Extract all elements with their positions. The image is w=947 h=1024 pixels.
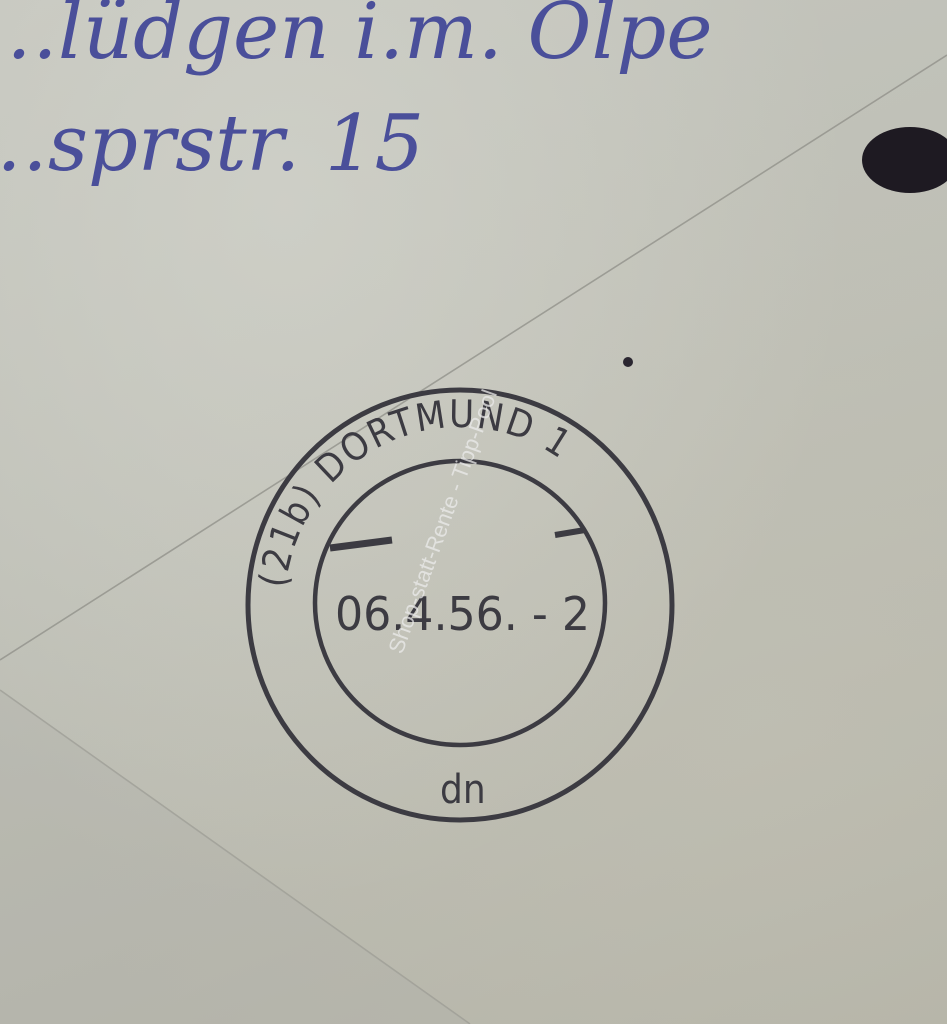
envelope-back: …lüdgen i.m. Olpe …sprstr. 15 (21b) DORT…: [0, 0, 947, 1024]
postmark-date: 06.4.56. - 2: [335, 587, 590, 641]
postmark-bottom-code: dn: [440, 767, 486, 813]
sender-address-handwriting: …lüdgen i.m. Olpe …sprstr. 15: [0, 0, 713, 189]
handwriting-line-2: …sprstr. 15: [0, 99, 424, 189]
handwriting-line-1: …lüdgen i.m. Olpe: [0, 0, 713, 77]
ink-blot: [862, 127, 947, 193]
postmark-bar-right: [555, 530, 585, 535]
envelope-photo: …lüdgen i.m. Olpe …sprstr. 15 (21b) DORT…: [0, 0, 947, 1024]
postmark-bar-left: [330, 540, 392, 548]
ink-speck: [623, 357, 633, 367]
